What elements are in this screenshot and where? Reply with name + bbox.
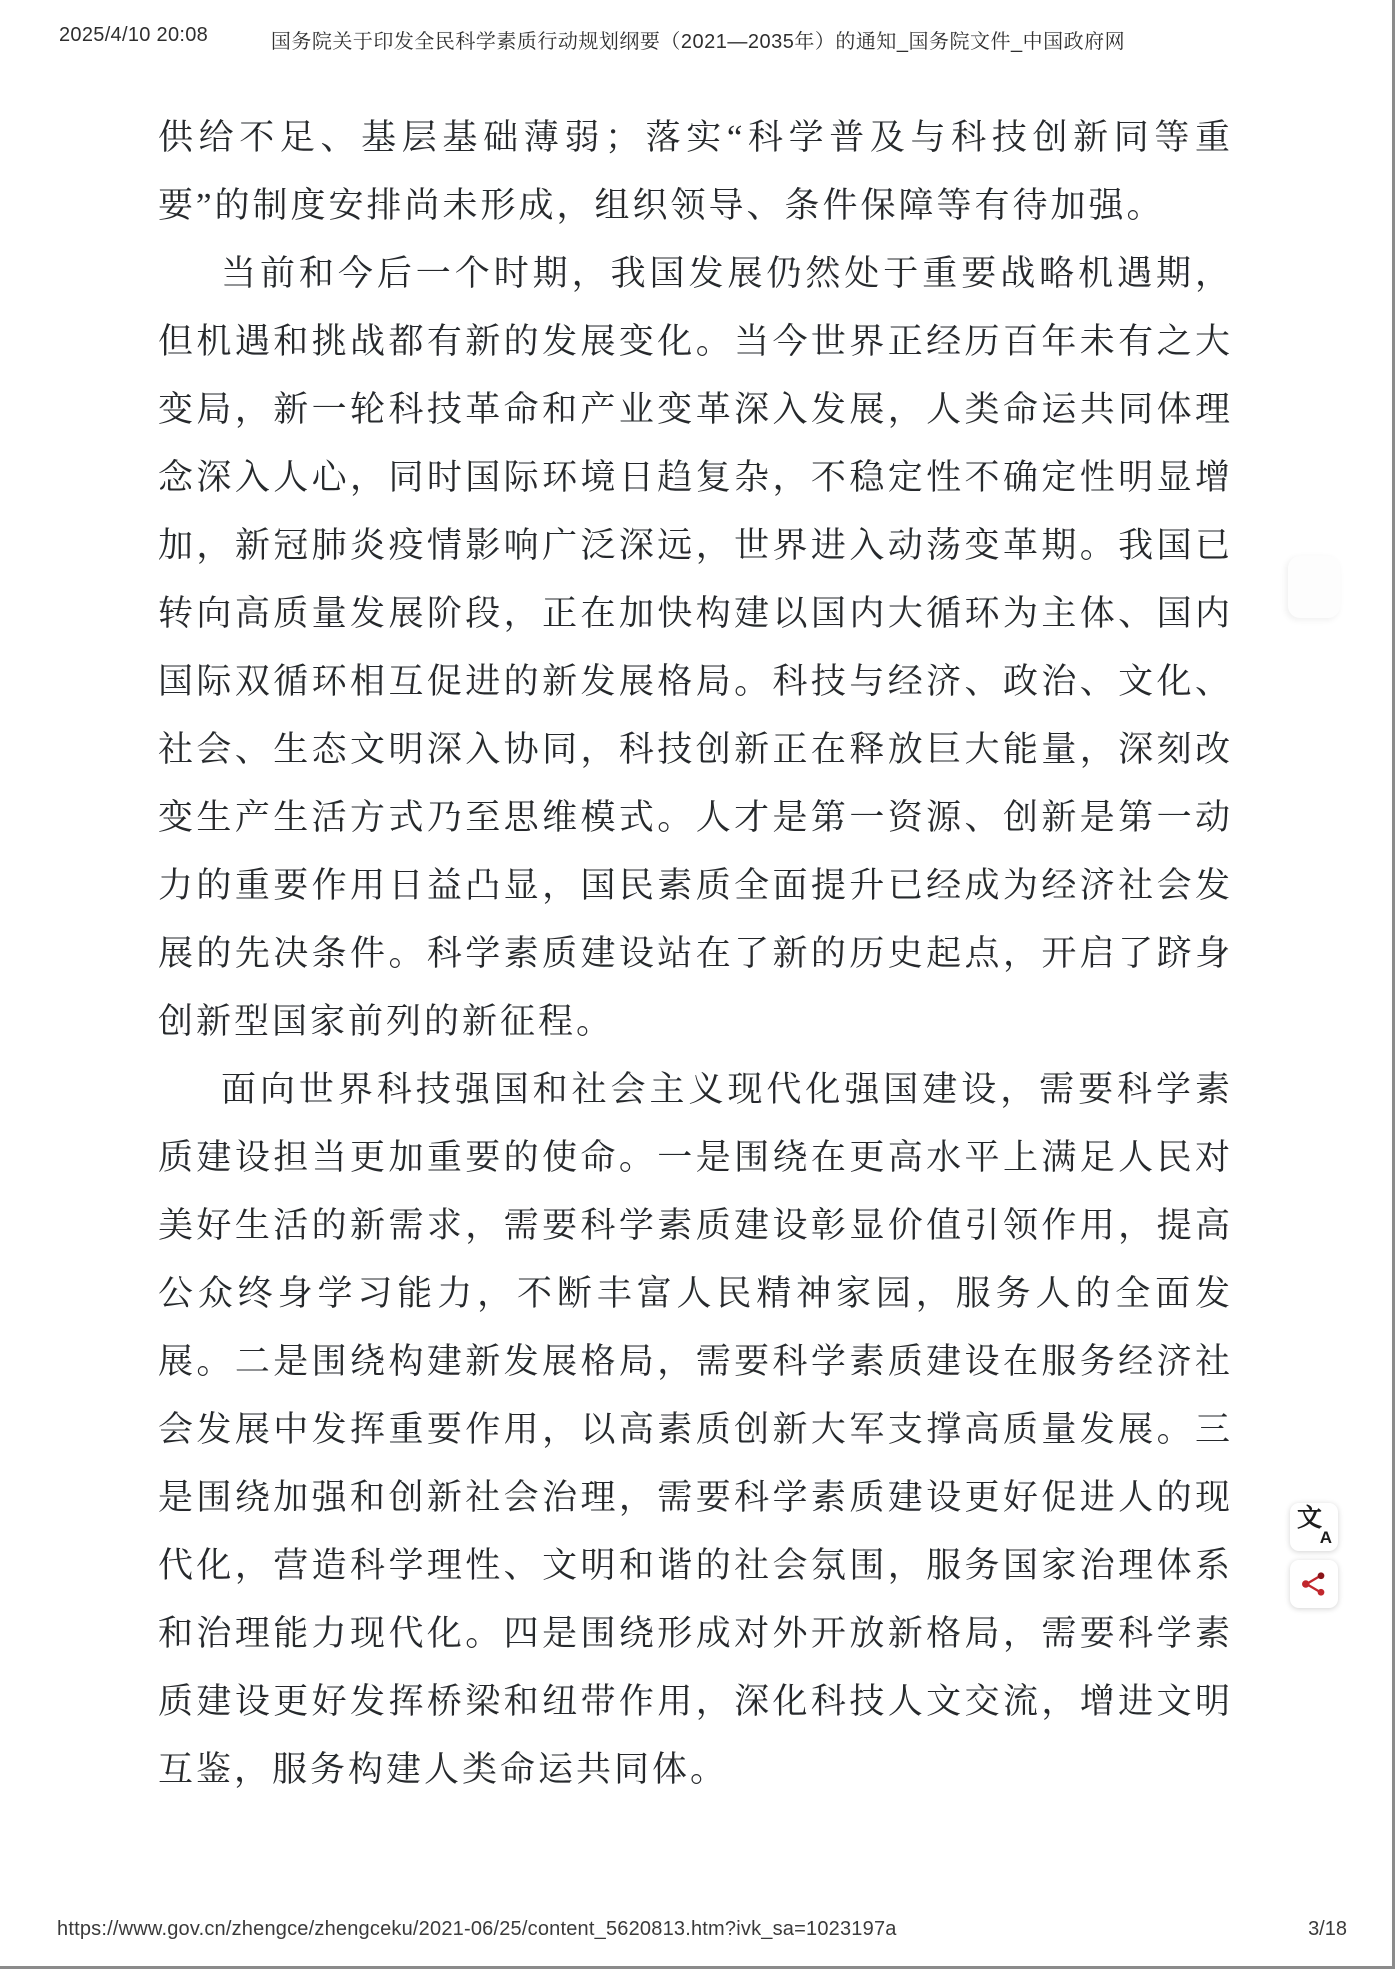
page-bottom-border	[0, 1966, 1395, 1969]
print-footer-url: https://www.gov.cn/zhengce/zhengceku/202…	[57, 1918, 897, 1941]
body-paragraph: 供给不足、基层基础薄弱；落实“科学普及与科技创新同等重要”的制度安排尚未形成，组…	[158, 104, 1233, 240]
share-button[interactable]	[1290, 1560, 1338, 1608]
translate-icon-latin-glyph: A	[1320, 1529, 1332, 1546]
share-icon	[1299, 1569, 1329, 1599]
print-header-title: 国务院关于印发全民科学素质行动规划纲要（2021—2035年）的通知_国务院文件…	[0, 25, 1396, 54]
translate-icon: 文 A	[1297, 1510, 1331, 1544]
page-right-border	[1392, 0, 1395, 1969]
document-body: 供给不足、基层基础薄弱；落实“科学普及与科技创新同等重要”的制度安排尚未形成，组…	[158, 104, 1233, 1804]
body-paragraph: 面向世界科技强国和社会主义现代化强国建设，需要科学素质建设担当更加重要的使命。一…	[158, 1056, 1233, 1804]
translate-button[interactable]: 文 A	[1290, 1503, 1338, 1551]
print-footer-page-number: 3/18	[1308, 1918, 1347, 1941]
translate-icon-cjk-glyph: 文	[1297, 1506, 1322, 1531]
body-paragraph: 当前和今后一个时期，我国发展仍然处于重要战略机遇期，但机遇和挑战都有新的发展变化…	[158, 240, 1233, 1056]
print-preview-page: 2025/4/10 20:08 国务院关于印发全民科学素质行动规划纲要（2021…	[0, 0, 1396, 1974]
faded-floating-widget[interactable]	[1288, 556, 1340, 618]
